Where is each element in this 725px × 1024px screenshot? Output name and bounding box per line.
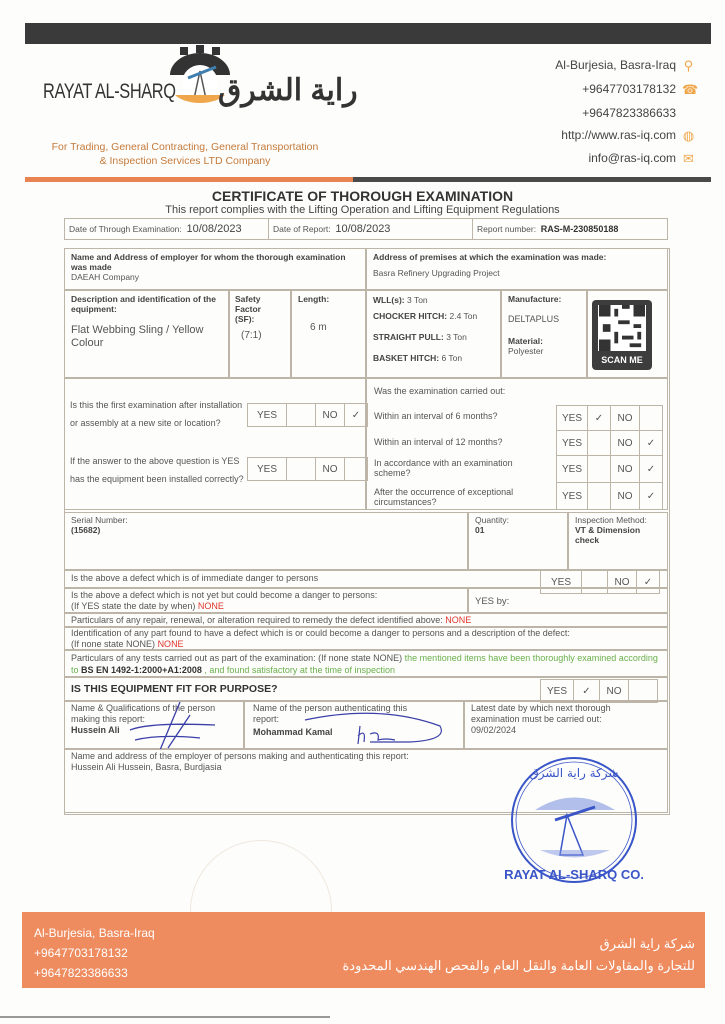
safety-factor-value: (7:1) [235,330,285,341]
q-scheme: In accordance with an examination scheme… [374,458,539,478]
exceptional-no-label: NO [611,483,640,510]
interval-12-no-label: NO [611,431,640,456]
scheme-no-box[interactable]: ✓ [640,456,663,483]
brand-name-arabic: راية الشرق [218,73,358,108]
footer-arabic-line-2: للتجارة والمقاولات العامة والنقل العام و… [343,955,696,977]
footer-phone-2[interactable]: +9647823386633 [34,963,155,983]
interval-6-no-label: NO [611,406,640,431]
safety-factor-cell: Safety Factor (SF): (7:1) [229,290,291,378]
q-future-danger: Is the above a defect which is not yet b… [64,588,468,613]
exceptional-yes-box[interactable] [588,483,611,510]
q-exceptional: After the occurrence of exceptional circ… [374,487,539,507]
contact-phone-1[interactable]: +9647703178132 ☎ [582,82,695,96]
exam-date-cell: Date of Through Examination: 10/08/2023 [65,219,269,240]
description-value: Flat Webbing Sling / Yellow Colour [71,324,222,350]
next-exam-cell: Latest date by which next thorough exami… [464,701,668,749]
dates-row: Date of Through Examination: 10/08/2023 … [64,218,668,240]
certificate-subtitle: This report complies with the Lifting Op… [0,204,725,216]
fit-yes-label: YES [541,680,574,703]
footer-phone-1[interactable]: +9647703178132 [34,943,155,963]
signature-maker-icon [120,700,230,755]
material-value: Polyester [508,346,580,356]
company-tagline: For Trading, General Contracting, Genera… [30,140,340,168]
q-installed: If the answer to the above question is Y… [70,452,245,488]
svg-text:RAYAT AL-SHARQ CO.: RAYAT AL-SHARQ CO. [505,867,643,882]
header-divider-dark [353,177,711,182]
inspection-method-cell: Inspection Method: VT & Dimension check [568,512,668,570]
contact-phone-2[interactable]: +9647823386633 [582,106,676,120]
first-exam-no-box[interactable]: ✓ [345,404,368,427]
scan-me-label: SCAN ME [592,355,652,365]
q-identification: Identification of any part found to have… [64,627,668,650]
first-exam-no-label: NO [316,404,345,427]
scheme-no-label: NO [611,456,640,483]
wll-value: 3 Ton [407,295,428,305]
choker-value: 2.4 Ton [450,311,478,321]
installed-yes-no: YES NO [247,457,368,481]
test-standard: BS EN 1492-1:2000+A1:2008 [81,665,202,675]
header-top-bar [25,23,711,44]
location-pin-icon: ⚲ [682,59,695,72]
footer-arabic-name: شركة راية الشرق للتجارة والمقاولات العام… [343,933,696,977]
load-limits-cell: WLL(s): 3 Ton CHOCKER HITCH: 2.4 Ton STR… [366,290,501,378]
interval-yes-no-grid: YES ✓ NO YES NO ✓ YES NO ✓ YES NO ✓ [556,405,663,510]
premises-cell: Address of premises at which the examina… [366,248,668,290]
yes-by-cell: YES by: [468,588,668,613]
tagline-line-2: & Inspection Services LTD Company [30,154,340,168]
premises-value: Basra Refinery Upgrading Project [373,268,661,278]
serial-cell: Serial Number: (15682) [64,512,468,570]
manufacture-value: DELTAPLUS [508,314,580,324]
employer-cell: Name and Address of employer for whom th… [64,248,366,290]
next-exam-date: 09/02/2024 [471,725,661,736]
q-repair: Particulars of any repair, renewal, or a… [64,613,668,627]
identification-value: NONE [158,639,184,649]
first-exam-yes-no: YES NO ✓ [247,403,368,427]
report-number-cell: Report number: RAS-M-230850188 [473,219,668,240]
brand-name-english: RAYAT AL-SHARQ [43,80,176,104]
fit-yes-box[interactable]: ✓ [574,680,600,703]
q-interval-12: Within an interval of 12 months? [374,437,503,447]
first-exam-yes-box[interactable] [287,404,316,427]
scheme-yes-box[interactable] [588,456,611,483]
length-value: 6 m [298,322,359,333]
exceptional-no-box[interactable]: ✓ [640,483,663,510]
interval-12-yes-box[interactable] [588,431,611,456]
installed-yes-box[interactable] [287,458,316,481]
envelope-icon: ✉ [682,152,695,165]
straight-pull-value: 3 Ton [446,332,467,342]
contact-website[interactable]: http://www.ras-iq.com ◍ [561,128,695,142]
fit-no-label: NO [600,680,629,703]
quantity-cell: Quantity: 01 [468,512,568,570]
interval-6-no-box[interactable] [640,406,663,431]
footer-contacts: Al-Burjesia, Basra-Iraq +9647703178132 +… [34,923,155,983]
q-first-exam: Is this the first examination after inst… [70,396,245,432]
fit-yes-no: YES ✓ NO [540,679,658,703]
length-cell: Length: 6 m [291,290,366,378]
globe-icon: ◍ [682,129,695,142]
repair-value: NONE [445,615,471,625]
qr-code-icon [598,305,646,351]
svg-text:شركة راية الشرق: شركة راية الشرق [530,766,619,781]
q-tests: Particulars of any tests carried out as … [64,650,668,677]
first-exam-yes-label: YES [248,404,287,427]
quantity-value: 01 [475,525,561,535]
installed-yes-label: YES [248,458,287,481]
description-cell: Description and identification of the eq… [64,290,229,378]
exceptional-yes-label: YES [557,483,588,510]
installed-no-box[interactable] [345,458,368,481]
employer-value: DAEAH Company [71,272,359,282]
manufacture-cell: Manufacture: DELTAPLUS Material: Polyest… [501,290,587,378]
report-date-cell: Date of Report: 10/08/2023 [269,219,473,240]
tagline-line-1: For Trading, General Contracting, Genera… [30,140,340,154]
installed-no-label: NO [316,458,345,481]
certificate-title: CERTIFICATE OF THOROUGH EXAMINATION [0,188,725,204]
report-number: RAS-M-230850188 [541,224,619,234]
interval-12-no-box[interactable]: ✓ [640,431,663,456]
company-stamp-icon: RAYAT AL-SHARQ CO. شركة راية الشرق [505,755,643,885]
future-danger-value: NONE [198,601,224,611]
fit-no-box[interactable] [629,680,658,703]
basket-value: 6 Ton [441,353,462,363]
q-interval-6: Within an interval of 6 months? [374,411,498,421]
interval-6-yes-label: YES [557,406,588,431]
interval-12-yes-label: YES [557,431,588,456]
contact-address: Al-Burjesia, Basra-Iraq ⚲ [555,58,695,72]
footer-arabic-line-1: شركة راية الشرق [343,933,696,955]
bottom-rule [0,1016,330,1018]
contact-email[interactable]: info@ras-iq.com ✉ [588,151,695,165]
interval-6-yes-box[interactable]: ✓ [588,406,611,431]
exam-date: 10/08/2023 [187,223,242,235]
serial-number: (15682) [71,525,461,535]
phone-icon: ☎ [682,83,695,96]
carried-out-label: Was the examination carried out: [374,386,505,396]
report-date: 10/08/2023 [335,223,390,235]
footer-address: Al-Burjesia, Basra-Iraq [34,923,155,943]
inspection-method-value: VT & Dimension check [575,525,661,545]
scheme-yes-label: YES [557,456,588,483]
signature-authenticator-icon [300,708,450,748]
header-divider-orange [25,177,353,182]
